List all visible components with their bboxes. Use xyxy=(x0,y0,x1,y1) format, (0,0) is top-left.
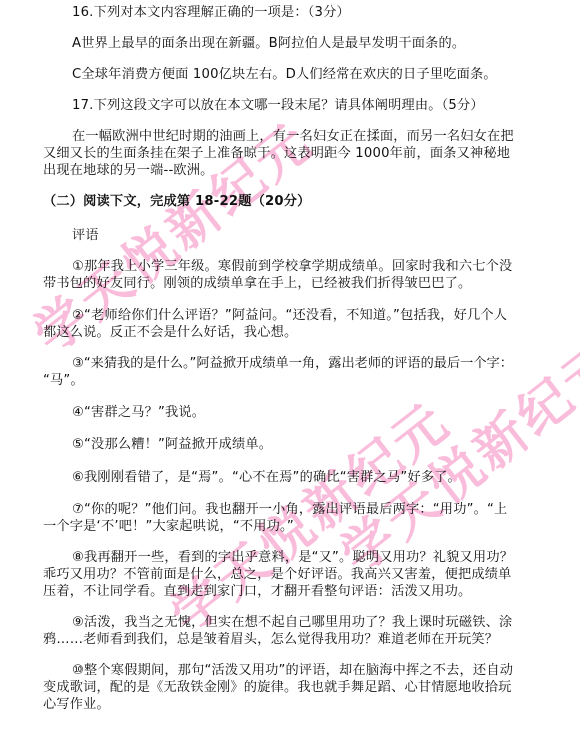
passage-title: 评语 xyxy=(72,227,99,244)
paragraph-6: ⑥我刚刚看错了，是“焉”。“心不在焉”的确比“害群之马”好多了。 xyxy=(72,469,461,486)
paragraph-10-line-3: 心写作业。 xyxy=(43,696,110,713)
q17-passage-line-1: 在一幅欧洲中世纪时期的油画上，有一名妇女正在揉面，而另一名妇女在把 xyxy=(72,128,514,145)
q17-passage-line-2: 又细又长的生面条挂在架子上准备晾干。这表明距今 1000年前，面条又神秘地 xyxy=(43,145,510,162)
paragraph-9-line-1: ⑨活泼，我当之无愧，但实在想不起自己哪里用功了？我上课时玩磁铁、涂 xyxy=(72,614,512,631)
paragraph-7-line-2: 一个字是‘不’吧！”大家起哄说，“不用功。” xyxy=(43,518,294,535)
paragraph-10-line-2: 变成歌词，配的是《无敌铁金刚》的旋律。我也就手舞足蹈、心甘情愿地收拾玩 xyxy=(43,679,512,696)
paragraph-7-line-1: ⑦“你的呢？”他们问。我也翻开一小角，露出评语最后两字：“用功”。“上 xyxy=(72,501,507,518)
paragraph-1-line-1: ①那年我上小学三年级。寒假前到学校拿学期成绩单。回家时我和六七个没 xyxy=(72,258,512,275)
paragraph-8-line-3: 压着，不让同学看。直到走到家门口，才翻开看整句评语：活泼又用功。 xyxy=(43,583,471,600)
paragraph-3-line-2: “马”。 xyxy=(43,372,84,389)
paragraph-2-line-1: ②“老师给你们什么评语？”阿益问。“还没看，不知道。”包括我，好几个人 xyxy=(72,307,507,324)
paragraph-8-line-2: 乖巧又用功？不管前面是什么，总之，是个好评语。我高兴又害羞，便把成绩单 xyxy=(43,566,512,583)
q16-options-cd: C全球年消费方便面 100亿块左右。D人们经常在欢庆的日子里吃面条。 xyxy=(72,66,497,83)
paragraph-3-line-1: ③“来猜我的是什么。”阿益掀开成绩单一角，露出老师的评语的最后一个字： xyxy=(72,355,513,372)
q17-passage-line-3: 出现在地球的另一端--欧洲。 xyxy=(43,162,214,179)
document-page: 学天悦新纪元 学天悦新纪元 学天悦新纪元 16.下列对本文内容理解正确的一项是：… xyxy=(0,0,580,730)
paragraph-8-line-1: ⑧我再翻开一些，看到的字出乎意料，是“又”。聪明又用功？礼貌又用功？ xyxy=(72,549,513,566)
question-17: 17.下列这段文字可以放在本文哪一段末尾？请具体阐明理由。（5分） xyxy=(72,97,484,114)
paragraph-2-line-2: 都这么说。反正不会是什么好话，我心想。 xyxy=(43,324,297,341)
section-heading: （二）阅读下文，完成第 18-22题（20分） xyxy=(43,193,311,210)
paragraph-4: ④“害群之马？”我说。 xyxy=(72,404,205,421)
paragraph-1-line-2: 带书包的好友同行。刚领的成绩单拿在手上，已经被我们折得皱巴巴了。 xyxy=(43,275,471,292)
q16-options-ab: A世界上最早的面条出现在新疆。B阿拉伯人是最早发明干面条的。 xyxy=(72,35,465,52)
question-16: 16.下列对本文内容理解正确的一项是：（3分） xyxy=(72,4,350,21)
paragraph-5: ⑤“没那么糟！”阿益掀开成绩单。 xyxy=(72,436,272,453)
paragraph-10-line-1: ⑩整个寒假期间，那句“活泼又用功”的评语，却在脑海中挥之不去，还自动 xyxy=(72,662,513,679)
paragraph-9-line-2: 鸦……老师看到我们，总是皱着眉头，怎么觉得我用功？难道老师在开玩笑？ xyxy=(43,631,498,648)
